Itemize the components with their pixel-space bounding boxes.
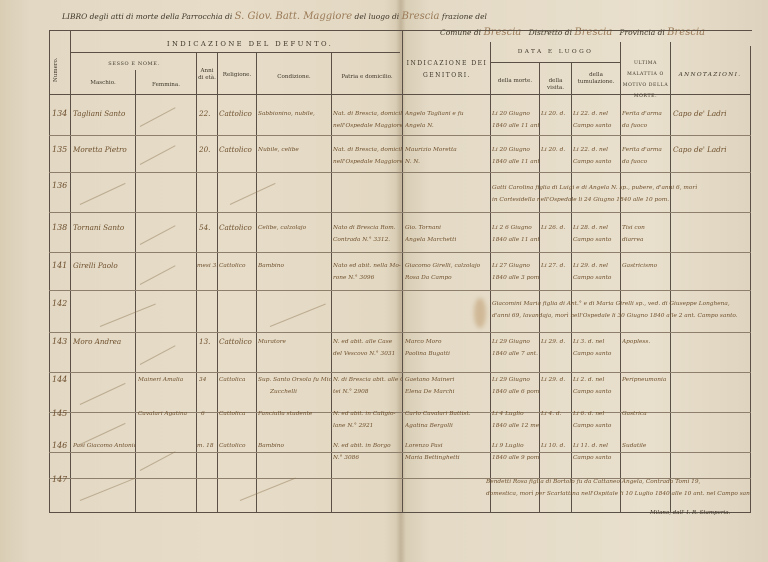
col-sep-religione: [256, 52, 257, 512]
cell-tumulazione: Li 29. d. nel: [573, 260, 620, 272]
cell-spanning-note-line2: d'anni 69, lavandaja, morì nell'Ospedale…: [492, 310, 750, 322]
cell-genitori: Marco Moro: [405, 336, 490, 348]
title-suffix: frazione del: [442, 12, 487, 21]
cell-religione: Cattolico: [219, 260, 256, 272]
cell-morte: Li 27 Giugno: [492, 260, 539, 272]
row-sep: [49, 212, 751, 213]
cell-patria: N. ed abit. alle Case: [333, 336, 402, 348]
cell-spanning-note-line2: domestica, morì per Scarlattina nell'Osp…: [486, 488, 750, 500]
cell-malattia: Ferita d'arma: [622, 108, 670, 120]
cell-malattia: Apopless.: [622, 336, 670, 348]
cell-tumulazione-line2: Campo santo: [573, 156, 620, 168]
col-sep-anni: [217, 52, 218, 512]
cell-visita: Li 20. d.: [541, 108, 571, 120]
cell-condizione: Celibe, calzolajo: [258, 222, 331, 234]
row-sep: [49, 135, 751, 136]
cell-anni: 34: [199, 374, 206, 386]
cell-patria: Nato di Brescia Rom.: [333, 222, 402, 234]
header-della-visita: della visita.: [540, 78, 571, 92]
cell-genitori: Lorenzo Pasi: [405, 440, 490, 452]
cell-tumulazione: Li 2. d. nel: [573, 374, 620, 386]
cell-visita: Li 26. d.: [541, 222, 571, 234]
header-numero: Numero.: [53, 58, 59, 82]
cell-morte-line2: 1840 alle 7 ant.: [492, 348, 539, 360]
cell-tumulazione: Li 6. d. nel: [573, 408, 620, 420]
row-sep: [49, 290, 751, 291]
cell-condizione: Sup. Santo Orsola fu Michele: [258, 374, 331, 386]
cell-condizione: Bambino: [258, 440, 331, 452]
cell-numero: 141: [52, 260, 67, 272]
cell-genitori-line2: Angela Marchetti: [405, 234, 490, 246]
title-prefix: LIBRO degli atti di morte della Parrocch…: [62, 12, 232, 21]
cell-anni: m. 18: [197, 440, 214, 452]
cell-visita: Li 20. d.: [541, 144, 571, 156]
col-sep-malattia: [670, 42, 671, 512]
row-sep: [49, 372, 751, 373]
cell-spanning-note: Gatti Carolina figlia di Luigi e di Ange…: [492, 182, 750, 194]
cell-tumulazione-line2: Campo santo: [573, 386, 620, 398]
col-sep-genitori: [490, 42, 491, 512]
cell-genitori: Carlo Cavalari Battist.: [405, 408, 490, 420]
cell-patria-line2: nell'Ospedale Maggiore N.° 3012: [333, 156, 402, 168]
header-anni: Anni di età.: [197, 68, 217, 82]
cell-malattia: Peripneumonia: [622, 374, 670, 386]
cell-tumulazione-line2: Campo santo: [573, 120, 620, 132]
header-della-morte: della morte.: [491, 78, 539, 85]
cell-patria-line2: Contrada N.° 3312.: [333, 234, 402, 246]
cell-genitori: Maurizio Moretta: [405, 144, 490, 156]
cell-numero: 134: [52, 108, 67, 120]
col-sep-maschio: [135, 70, 136, 512]
header-religione: Religione.: [218, 72, 256, 79]
title-mid: del luogo di: [355, 12, 400, 21]
cell-malattia: Tisi con: [622, 222, 670, 234]
cell-genitori: Gio. Tornani: [405, 222, 490, 234]
cell-malattia: Gastrica: [622, 408, 670, 420]
header-annotazioni: ANNOTAZIONI.: [671, 72, 749, 79]
cell-religione: Cattolica: [219, 408, 256, 420]
header-data-luogo: DATA E LUOGO: [491, 49, 620, 56]
cell-femmina: Cavalari Agatina: [138, 408, 196, 420]
cell-genitori-line2: Maria Bettinghetti: [405, 452, 490, 464]
cell-morte: Li 20 Giugno: [492, 144, 539, 156]
cell-numero: 145: [52, 408, 67, 420]
cell-morte-line2: 1840 alle 11 ant.: [492, 156, 539, 168]
cell-religione: Cattolico: [219, 336, 256, 348]
col-sep-tumulazione: [620, 42, 621, 512]
cell-anni: 6: [201, 408, 205, 420]
cell-religione: Cattolico: [219, 440, 256, 452]
cell-malattia-line2: da fuoco: [622, 156, 670, 168]
cell-genitori-line2: Paolina Bugatti: [405, 348, 490, 360]
right-border: [750, 46, 751, 512]
cell-numero: 138: [52, 222, 67, 234]
cell-femmina: Maineri Amalia: [138, 374, 196, 386]
cell-maschio: Moro Andrea: [73, 336, 135, 348]
cell-spanning-note: Bendetti Rosa figlia di Bortolo fu da Ca…: [486, 476, 750, 488]
header-femmina: Femmina.: [136, 82, 196, 89]
cell-visita: Li 27. d.: [541, 260, 571, 272]
cell-maschio: Pasi Giacomo Antonio: [73, 440, 135, 452]
col-sep-patria: [402, 30, 403, 512]
cell-patria: N. di Brescia abit. alle Cas-: [333, 374, 402, 386]
ink-stain: [474, 298, 486, 328]
cell-malattia: Ferita d'arma: [622, 144, 670, 156]
cell-anni: mesi 3.: [197, 260, 218, 272]
cell-tumulazione: Li 22. d. nel: [573, 144, 620, 156]
cell-genitori-line2: Angela N.: [405, 120, 490, 132]
cell-numero: 144: [52, 374, 67, 386]
cell-annotazioni: Capo de' Ladri: [673, 108, 749, 120]
cell-morte-line2: 1840 alle 11 ant.: [492, 234, 539, 246]
cell-genitori-line2: Agatina Bergolli: [405, 420, 490, 432]
data-luogo-line: [490, 62, 620, 63]
printer-imprint: Milano, dall' I. R. Stamperia.: [650, 510, 730, 516]
cell-morte-line2: 1840 alle 9 pom.: [492, 452, 539, 464]
cell-religione: Cattolico: [219, 108, 256, 120]
row-sep: [49, 172, 751, 173]
cell-maschio: Tornani Santo: [73, 222, 135, 234]
cell-morte: Li 9 Luglio: [492, 440, 539, 452]
cell-numero: 135: [52, 144, 67, 156]
cell-spanning-note-line2: in Cortesidella nell'Ospedale li 24 Giug…: [492, 194, 750, 206]
header-maschio: Maschio.: [72, 80, 134, 87]
cell-spanning-note: Giacomini Maria figlia di Ant.° e di Mar…: [492, 298, 750, 310]
cell-malattia: Sudatile: [622, 440, 670, 452]
cell-patria: Nat. di Brescia, domiciliato: [333, 144, 402, 156]
header-sesso-nome: Sesso e Nome.: [72, 61, 196, 68]
cell-maschio: Tagliani Santo: [73, 108, 135, 120]
cell-morte-line2: 1840 alle 11 ant.: [492, 120, 539, 132]
cell-patria: Nat. di Brescia, domiciliato: [333, 108, 402, 120]
cell-anni: 54.: [199, 222, 210, 234]
cell-maschio: Girelli Paolo: [73, 260, 135, 272]
cell-patria-line2: N.° 3086: [333, 452, 402, 464]
cell-condizione: Fanciulla studente: [258, 408, 331, 420]
cell-tumulazione-line2: Campo santo: [573, 272, 620, 284]
cell-morte: Li 20 Giugno: [492, 108, 539, 120]
cell-patria-line2: del Vescovo N.° 3031: [333, 348, 402, 360]
cell-tumulazione-line2: Campo santo: [573, 234, 620, 246]
col-sep-condizione: [331, 52, 332, 512]
cell-morte: Li 29 Giugno: [492, 336, 539, 348]
cell-patria-line2: rone N.° 3096: [333, 272, 402, 284]
header-malattia: Ultima malattia o motivo della morte.: [621, 58, 670, 102]
col-sep-numero: [70, 30, 71, 512]
cell-malattia: Gastricismo: [622, 260, 670, 272]
table-bottom-line: [49, 512, 751, 513]
row-sep: [49, 332, 751, 333]
cell-visita: Li 4. d.: [541, 408, 571, 420]
row-sep: [49, 252, 751, 253]
cell-patria: Nato ed abit. nella Mo-: [333, 260, 402, 272]
parish-name: S. Giov. Batt. Maggiore: [235, 11, 353, 22]
cell-tumulazione: Li 11. d. nel: [573, 440, 620, 452]
place-name: Brescia: [402, 11, 440, 22]
header-defunto-group: INDICAZIONE DEL DEFUNTO.: [120, 41, 380, 48]
cell-patria-line2: tei N.° 2908: [333, 386, 402, 398]
header-group-line: [70, 52, 400, 53]
cell-morte: Li 4 Luglio: [492, 408, 539, 420]
header-condizione: Condizione.: [257, 74, 331, 81]
cell-anni: 20.: [199, 144, 210, 156]
cell-tumulazione: Li 22. d. nel: [573, 108, 620, 120]
cell-genitori-line2: Elena De Marchi: [405, 386, 490, 398]
cell-tumulazione-line2: Campo santo: [573, 348, 620, 360]
header-genitori: INDICAZIONE DEI GENITORI.: [405, 58, 489, 82]
cell-tumulazione: Li 28. d. nel: [573, 222, 620, 234]
cell-religione: Cattolico: [219, 222, 256, 234]
cell-religione: Cattolica: [219, 374, 256, 386]
cell-numero: 143: [52, 336, 67, 348]
cell-condizione-line2: Zucchelli: [270, 386, 331, 398]
cell-religione: Cattolico: [219, 144, 256, 156]
cell-genitori-line2: N. N.: [405, 156, 490, 168]
cell-morte-line2: 1840 alle 3 pom.: [492, 272, 539, 284]
cell-condizione: Nubile, celibe: [258, 144, 331, 156]
header-patria: Patria e domicilio.: [332, 74, 402, 81]
cell-maschio: Moretta Pietro: [73, 144, 135, 156]
cell-tumulazione-line2: Campo santo: [573, 452, 620, 464]
cell-visita: Li 29. d.: [541, 336, 571, 348]
cell-numero: 147: [52, 474, 67, 486]
cell-anni: 13.: [199, 336, 210, 348]
col-sep-morte: [539, 62, 540, 512]
cell-tumulazione-line2: Campo santo: [573, 420, 620, 432]
cell-morte: Li 2 6 Giugno: [492, 222, 539, 234]
cell-genitori: Gaetano Maineri: [405, 374, 490, 386]
cell-morte-line2: 1840 alle 6 pom.: [492, 386, 539, 398]
cell-anni: 22.: [199, 108, 210, 120]
cell-numero: 142: [52, 298, 67, 310]
cell-condizione: Muratore: [258, 336, 331, 348]
col-sep-visita: [571, 62, 572, 512]
cell-genitori: Angelo Tagliani e fu: [405, 108, 490, 120]
cell-condizione: Sabbionino, nubile,: [258, 108, 331, 120]
cell-numero: 146: [52, 440, 67, 452]
cell-visita: Li 29. d.: [541, 374, 571, 386]
cell-genitori-line2: Rosa Da Campo: [405, 272, 490, 284]
cell-patria: N. ed abit. in Borgo: [333, 440, 402, 452]
header-della-tumulazione: della tumulazione.: [572, 72, 620, 86]
cell-tumulazione: Li 3. d. nel: [573, 336, 620, 348]
register-title-left: LIBRO degli atti di morte della Parrocch…: [62, 11, 487, 22]
cell-patria-line2: nell'Ospedale Maggiore N.° 3012: [333, 120, 402, 132]
cell-patria: N. ed abit. in Caligio-: [333, 408, 402, 420]
cell-visita: Li 10. d.: [541, 440, 571, 452]
cell-genitori: Giacomo Girelli, calzolajo: [405, 260, 490, 272]
cell-malattia-line2: diarrea: [622, 234, 670, 246]
cell-annotazioni: Capo de' Ladri: [673, 144, 749, 156]
cell-condizione: Bambino: [258, 260, 331, 272]
cell-numero: 136: [52, 180, 67, 192]
cell-malattia-line2: da fuoco: [622, 120, 670, 132]
cell-morte: Li 29 Giugno: [492, 374, 539, 386]
cell-morte-line2: 1840 alle 12 merid.: [492, 420, 539, 432]
cell-patria-line2: lane N.° 2921: [333, 420, 402, 432]
